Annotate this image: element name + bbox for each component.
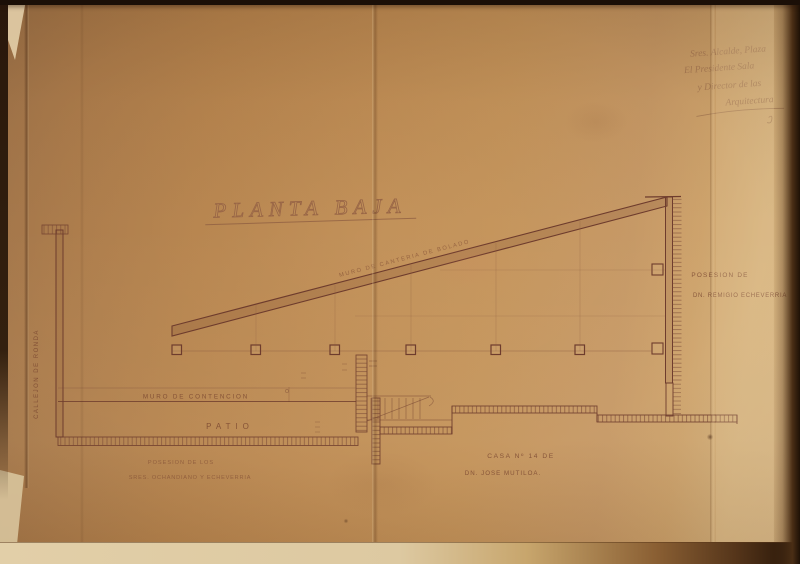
patio-label: PATIO (206, 422, 254, 431)
right-wall (645, 197, 682, 417)
photo-edge-right (773, 0, 800, 564)
property-left-label: POSESION DE LOS SRES. OCHANDIANO Y ECHEV… (129, 460, 251, 481)
handwriting-line4: Arquitectura (724, 95, 774, 108)
paper-edge-bottom (0, 542, 800, 564)
dimension-ticks (301, 364, 347, 432)
wall-pillar (652, 264, 663, 275)
retaining-wall-label: MURO DE CONTENCION (143, 394, 249, 401)
handwriting-underline (696, 107, 784, 116)
handwriting-flourish (767, 116, 773, 123)
plan-drawing: PLANTA BAJA MURO DE CANTERIA DE BOLADO (0, 0, 800, 564)
alley-wall: CALLEJON DE RONDA (34, 225, 68, 437)
house-line1: CASA Nº 14 DE (487, 453, 555, 460)
retaining-wall-area: MURO DE CONTENCION PATIO (58, 364, 358, 446)
house-line2: DN. JOSE MUTILOA. (465, 470, 541, 477)
plan-title-group: PLANTA BAJA (205, 193, 417, 225)
scanned-blueprint-page: PLANTA BAJA MURO DE CANTERIA DE BOLADO (0, 0, 800, 564)
page-title: PLANTA BAJA (212, 193, 407, 222)
property-right-line1: POSESION DE (691, 272, 748, 279)
photo-edge-left (0, 0, 8, 500)
photo-edge-top (0, 0, 800, 5)
property-left-line2: SRES. OCHANDIANO Y ECHEVERRIA (129, 475, 251, 481)
handwriting-line1: Sres. Alcalde, Plaza (690, 44, 767, 59)
handwritten-note: Sres. Alcalde, Plaza El Presidente Sala … (682, 43, 785, 128)
house-label: CASA Nº 14 DE DN. JOSE MUTILOA. (465, 453, 555, 477)
wall-pillar (652, 343, 663, 354)
handwriting-line2: El Presidente Sala (683, 61, 755, 76)
staircase (356, 355, 452, 432)
property-left-line1: POSESION DE LOS (148, 460, 214, 466)
alley-label: CALLEJON DE RONDA (34, 329, 40, 419)
pillar (172, 345, 182, 355)
handwriting-line3: y Director de las (696, 79, 762, 94)
